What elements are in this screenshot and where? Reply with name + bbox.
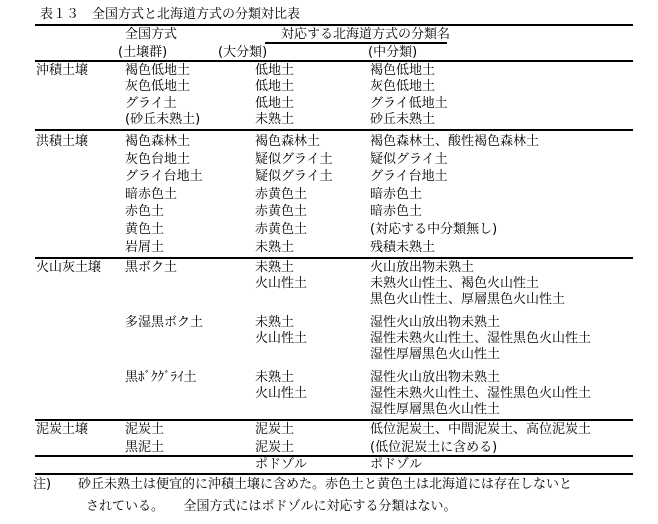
table-row: 灰色台地土疑似グライ土疑似グライ土 bbox=[0, 153, 658, 171]
national-cell: 褐色森林土 bbox=[125, 135, 190, 149]
section-divider-rule bbox=[35, 473, 633, 475]
middle-cell: 未熟火山性土、褐色火山性土 bbox=[370, 277, 539, 291]
national-cell: 多湿黒ボク土 bbox=[125, 316, 203, 330]
major-cell: 未熟土 bbox=[255, 261, 294, 275]
major-cell: 未熟土 bbox=[255, 371, 294, 385]
major-cell: 火山性土 bbox=[255, 387, 307, 401]
middle-cell: (対応する中分類無し) bbox=[370, 223, 497, 237]
table-row: 火山灰土壌黒ボク土未熟土火山放出物未熟土 bbox=[0, 261, 658, 277]
table-row: 赤色土赤黄色土暗赤色土 bbox=[0, 205, 658, 223]
major-cell: 低地土 bbox=[255, 64, 294, 78]
document-page: 表１３ 全国方式と北海道方式の分類対比表 全国方式 対応する北海道方式の分類名 … bbox=[0, 0, 658, 524]
middle-cell: 湿性未熟火山性土、湿性黒色火山性土 bbox=[370, 332, 591, 346]
national-cell: 暗赤色土 bbox=[125, 188, 177, 202]
hokkaido-header-underline-rule bbox=[265, 42, 447, 44]
major-cell: 泥炭土 bbox=[255, 423, 294, 437]
section-divider-rule bbox=[35, 419, 633, 421]
table-row: 黄色土赤黄色土(対応する中分類無し) bbox=[0, 223, 658, 241]
header-hokkaido-method: 対応する北海道方式の分類名 bbox=[281, 27, 450, 42]
national-cell: 黄色土 bbox=[125, 223, 164, 237]
category-cell: 沖積土壌 bbox=[36, 64, 88, 78]
middle-cell: 湿性火山放出物未熟土 bbox=[370, 371, 500, 385]
table-row: ポドゾルポドゾル bbox=[0, 458, 658, 474]
table-row: 火山性土湿性未熟火山性土、湿性黒色火山性土 bbox=[0, 387, 658, 403]
table-section: 沖積土壌褐色低地土低地土褐色低地土灰色低地土低地土灰色低地土グライ土低地土グライ… bbox=[0, 64, 658, 129]
table-section: 洪積土壌褐色森林土褐色森林土褐色森林土、酸性褐色森林土灰色台地土疑似グライ土疑似… bbox=[0, 135, 658, 258]
table-row: 泥炭土壌泥炭土泥炭土低位泥炭土、中間泥炭土、高位泥炭土 bbox=[0, 423, 658, 441]
middle-cell: 火山放出物未熟土 bbox=[370, 261, 474, 275]
middle-cell: 湿性厚層黒色火山性土 bbox=[370, 403, 500, 417]
national-cell: 黒泥土 bbox=[125, 441, 164, 455]
major-cell: 未熟土 bbox=[255, 316, 294, 330]
major-cell: 未熟土 bbox=[255, 113, 294, 127]
header-major-classification: (大分類) bbox=[218, 45, 267, 60]
major-cell: 赤黄色土 bbox=[255, 205, 307, 219]
middle-cell: グライ台地土 bbox=[370, 170, 448, 184]
major-cell: 未熟土 bbox=[255, 241, 294, 255]
table-row: 黒色火山性土、厚層黒色火山性土 bbox=[0, 293, 658, 309]
middle-cell: 褐色低地土 bbox=[370, 64, 435, 78]
national-cell: グライ土 bbox=[125, 97, 177, 111]
table-row: 沖積土壌褐色低地土低地土褐色低地土 bbox=[0, 64, 658, 80]
major-cell: 低地土 bbox=[255, 80, 294, 94]
national-cell: 灰色低地土 bbox=[125, 80, 190, 94]
table-row: 黒ﾎﾞｸｸﾞﾗｲ土未熟土湿性火山放出物未熟土 bbox=[0, 371, 658, 387]
middle-cell: ポドゾル bbox=[370, 458, 422, 472]
table-row: 湿性厚層黒色火山性土 bbox=[0, 403, 658, 419]
section-divider-rule bbox=[35, 129, 633, 131]
table-row: 火山性土未熟火山性土、褐色火山性土 bbox=[0, 277, 658, 293]
table-row: グライ土低地土グライ低地土 bbox=[0, 97, 658, 113]
middle-cell: 褐色森林土、酸性褐色森林土 bbox=[370, 135, 539, 149]
middle-cell: 暗赤色土 bbox=[370, 205, 422, 219]
national-cell: 赤色土 bbox=[125, 205, 164, 219]
table-title: 表１３ 全国方式と北海道方式の分類対比表 bbox=[40, 7, 300, 22]
category-cell: 洪積土壌 bbox=[36, 135, 88, 149]
national-cell: グライ台地土 bbox=[125, 170, 203, 184]
national-cell: 褐色低地土 bbox=[125, 64, 190, 78]
table-section: 火山灰土壌黒ボク土未熟土火山放出物未熟土火山性土未熟火山性土、褐色火山性土黒色火… bbox=[0, 261, 658, 419]
table-row: 湿性厚層黒色火山性土 bbox=[0, 348, 658, 364]
middle-cell: 残積未熟土 bbox=[370, 241, 435, 255]
middle-cell: 灰色低地土 bbox=[370, 80, 435, 94]
section-divider-rule bbox=[35, 455, 633, 457]
national-cell: 灰色台地土 bbox=[125, 153, 190, 167]
major-cell: 疑似グライ土 bbox=[255, 153, 333, 167]
header-middle-classification: (中分類) bbox=[368, 45, 417, 60]
category-cell: 火山灰土壌 bbox=[36, 261, 101, 275]
major-cell: 赤黄色土 bbox=[255, 188, 307, 202]
major-cell: 低地土 bbox=[255, 97, 294, 111]
table-row: (砂丘未熟土)未熟土砂丘未熟土 bbox=[0, 113, 658, 129]
table-row: 灰色低地土低地土灰色低地土 bbox=[0, 80, 658, 96]
table-row: 多湿黒ボク土未熟土湿性火山放出物未熟土 bbox=[0, 316, 658, 332]
note-line-1: 砂丘未熟土は便宜的に沖積土壌に含めた。赤色土と黄色土は北海道には存在しないと bbox=[78, 477, 572, 492]
table-section: 泥炭土壌泥炭土泥炭土低位泥炭土、中間泥炭土、高位泥炭土黒泥土泥炭土(低位泥炭土に… bbox=[0, 423, 658, 459]
table-row: 岩屑土未熟土残積未熟土 bbox=[0, 241, 658, 259]
header-bottom-rule bbox=[35, 60, 633, 62]
national-cell: 黒ボク土 bbox=[125, 261, 177, 275]
national-cell: (砂丘未熟土) bbox=[125, 113, 200, 127]
middle-cell: 暗赤色土 bbox=[370, 188, 422, 202]
major-cell: 赤黄色土 bbox=[255, 223, 307, 237]
table-row: グライ台地土疑似グライ土グライ台地土 bbox=[0, 170, 658, 188]
middle-cell: 湿性未熟火山性土、湿性黒色火山性土 bbox=[370, 387, 591, 401]
national-cell: 泥炭土 bbox=[125, 423, 164, 437]
table-row: 洪積土壌褐色森林土褐色森林土褐色森林土、酸性褐色森林土 bbox=[0, 135, 658, 153]
middle-cell: 低位泥炭土、中間泥炭土、高位泥炭土 bbox=[370, 423, 591, 437]
title-underline-rule bbox=[35, 24, 633, 26]
header-national-method: 全国方式 bbox=[125, 27, 177, 42]
section-divider-rule bbox=[35, 257, 633, 259]
major-cell: ポドゾル bbox=[255, 458, 307, 472]
table-row: 暗赤色土赤黄色土暗赤色土 bbox=[0, 188, 658, 206]
note-marker: 注) bbox=[33, 477, 51, 492]
middle-cell: 湿性火山放出物未熟土 bbox=[370, 316, 500, 330]
major-cell: 褐色森林土 bbox=[255, 135, 320, 149]
note-line-2: されている。 全国方式にはポドゾルに対応する分類はない。 bbox=[86, 499, 457, 514]
middle-cell: グライ低地土 bbox=[370, 97, 448, 111]
major-cell: 泥炭土 bbox=[255, 441, 294, 455]
header-soil-group: (土壌群) bbox=[118, 45, 167, 60]
middle-cell: 疑似グライ土 bbox=[370, 153, 448, 167]
table-row: 火山性土湿性未熟火山性土、湿性黒色火山性土 bbox=[0, 332, 658, 348]
table-section: ポドゾルポドゾル bbox=[0, 458, 658, 474]
middle-cell: 砂丘未熟土 bbox=[370, 113, 435, 127]
national-cell: 黒ﾎﾞｸｸﾞﾗｲ土 bbox=[125, 371, 197, 385]
middle-cell: 湿性厚層黒色火山性土 bbox=[370, 348, 500, 362]
national-cell: 岩屑土 bbox=[125, 241, 164, 255]
middle-cell: 黒色火山性土、厚層黒色火山性土 bbox=[370, 293, 565, 307]
category-cell: 泥炭土壌 bbox=[36, 423, 88, 437]
major-cell: 火山性土 bbox=[255, 332, 307, 346]
major-cell: 疑似グライ土 bbox=[255, 170, 333, 184]
middle-cell: (低位泥炭土に含める) bbox=[370, 441, 497, 455]
major-cell: 火山性土 bbox=[255, 277, 307, 291]
